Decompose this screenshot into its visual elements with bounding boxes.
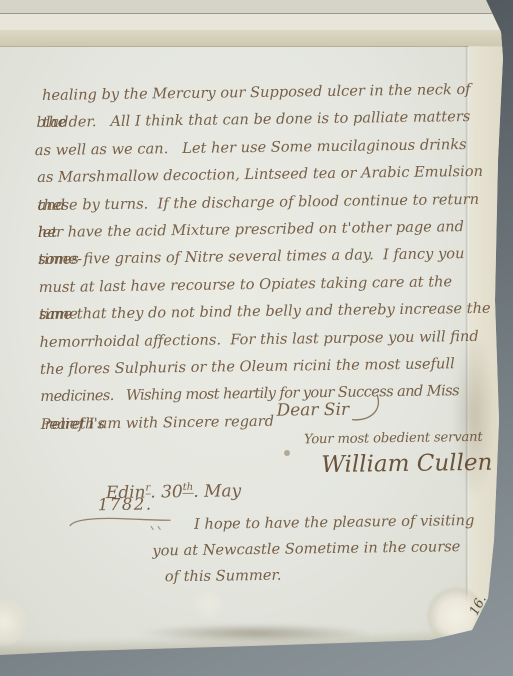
dateline-sup-th: th — [183, 482, 194, 494]
dash-flourish — [66, 511, 176, 533]
photo-backdrop: healing by the Mercury our Supposed ulce… — [0, 0, 513, 676]
paraph-flourish — [350, 391, 386, 423]
letter-text: healing by the Mercury our Supposed ulce… — [0, 0, 513, 676]
dateline-month: . May — [193, 481, 241, 502]
dateline-day: . 30 — [150, 482, 183, 502]
salutation: Dear Sir — [276, 400, 349, 421]
letter-page: healing by the Mercury our Supposed ulce… — [0, 0, 513, 676]
valediction-closing: Your most obedient servant — [304, 430, 483, 447]
postscript-line: I hope to have the pleasure of visiting — [194, 512, 475, 533]
signature: William Cullen — [321, 450, 492, 478]
postscript-line: you at Newcastle Sometime in the course — [152, 538, 460, 559]
letter-body: healing by the Mercury our Supposed ulce… — [36, 76, 497, 438]
postscript-line: of this Summer. — [165, 567, 282, 586]
